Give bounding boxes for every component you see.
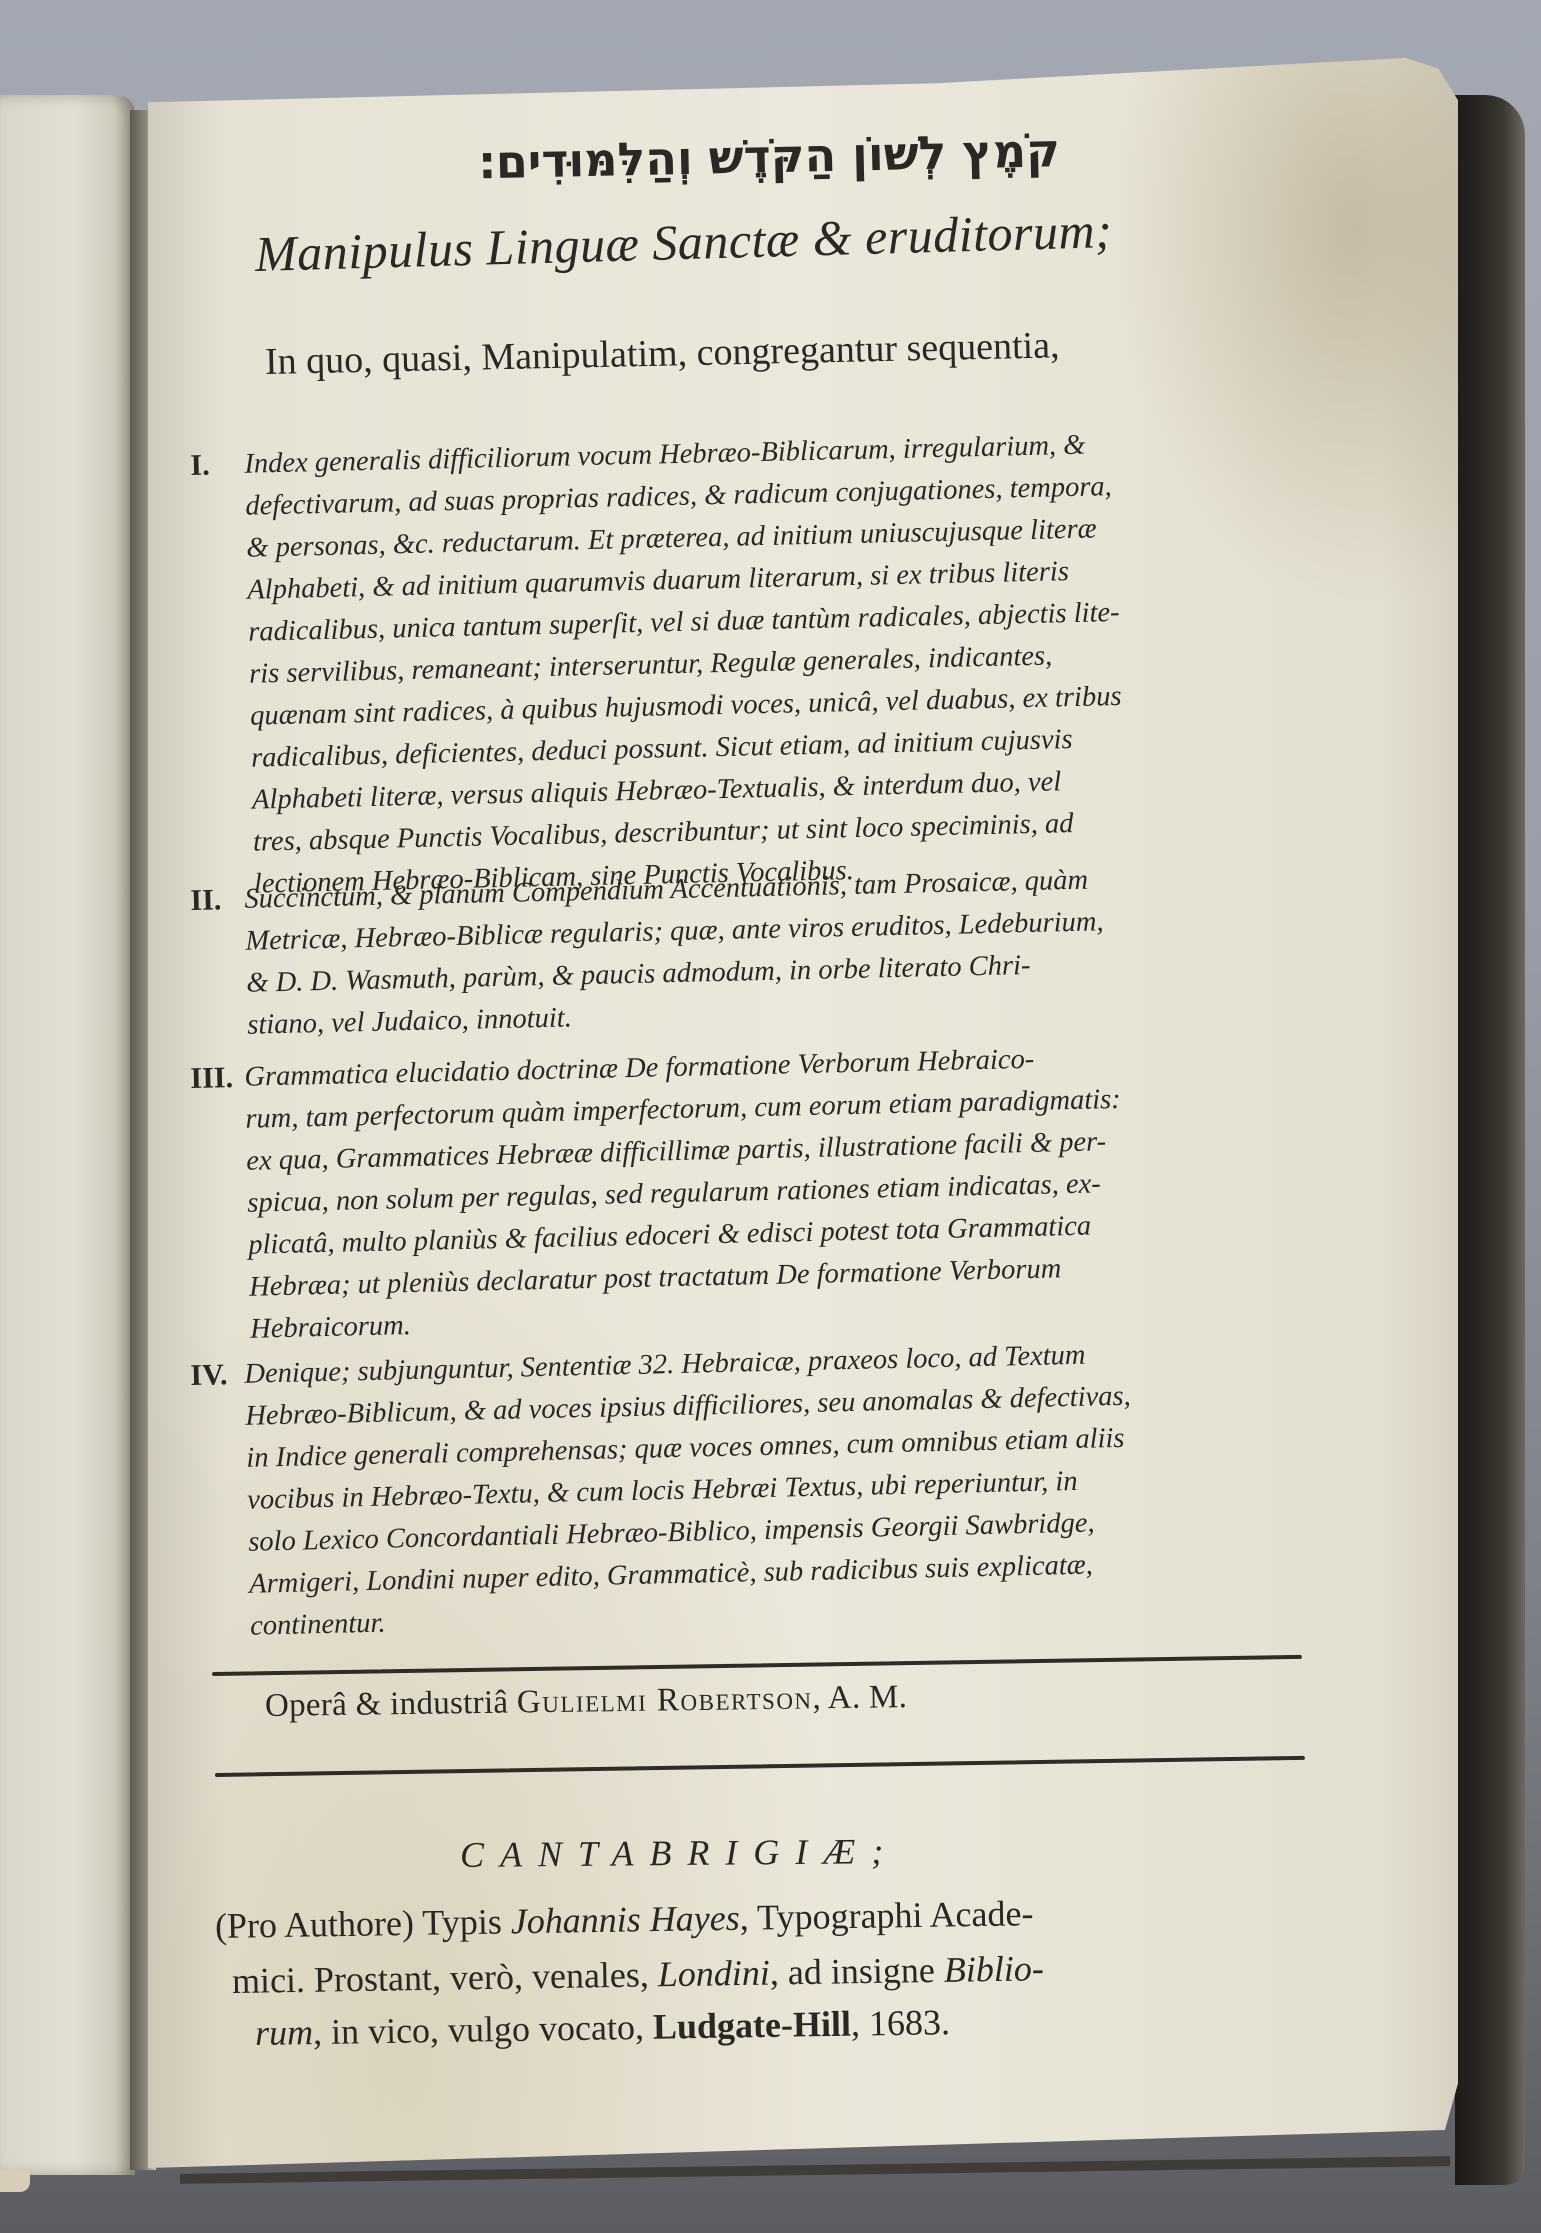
- section-4: IV. Denique; subjunguntur, Sententiæ 32.…: [190, 1329, 1326, 1649]
- credit-prefix: Operâ & industriâ: [265, 1685, 509, 1724]
- imprint-text: , Typographi Acade-: [739, 1893, 1033, 1938]
- place-of-publication: CANTABRIGIÆ;: [460, 1830, 900, 1876]
- credit-suffix: , A. M.: [812, 1679, 907, 1716]
- facing-left-page: [0, 95, 135, 2175]
- section-numeral: III.: [190, 1057, 233, 1100]
- imprint-text: , ad insigne: [770, 1950, 945, 1993]
- imprint-text: (Pro Authore) Typis: [215, 1901, 511, 1946]
- city-name: Londini: [658, 1953, 771, 1995]
- imprint-text: , in vico, vulgo vocato,: [313, 2007, 654, 2052]
- section-numeral: I.: [190, 445, 210, 487]
- book-binding-edge: [1455, 95, 1525, 2185]
- printer-name: Johannis Hayes: [510, 1898, 740, 1942]
- section-numeral: II.: [190, 879, 222, 922]
- publication-year: , 1683.: [851, 2002, 951, 2044]
- section-3: III. Grammatica elucidatio doctrinæ De f…: [190, 1032, 1326, 1352]
- imprint-text: rum: [255, 2012, 314, 2053]
- left-page-corner: [0, 2170, 30, 2192]
- section-2: II. Succinctum, & planum Compendium Acce…: [190, 854, 1324, 1048]
- street-name: Ludgate-Hill: [653, 2004, 852, 2047]
- author-name: Gulielmi Robertson: [517, 1680, 813, 1720]
- imprint-text: mici. Prostant, verò, venales,: [232, 1954, 658, 2001]
- sign-name: Biblio-: [944, 1948, 1045, 1990]
- section-numeral: IV.: [190, 1354, 228, 1397]
- section-1: I. Index generalis difficiliorum vocum H…: [190, 419, 1330, 907]
